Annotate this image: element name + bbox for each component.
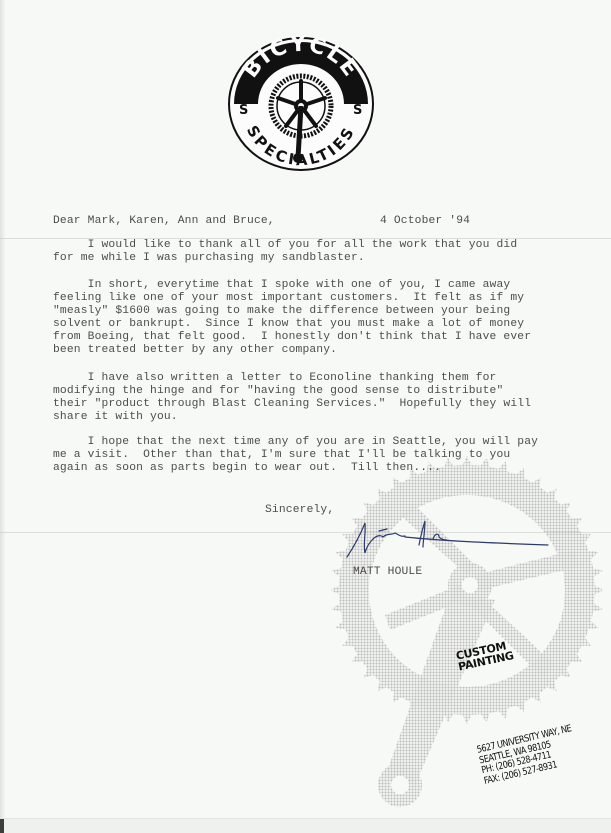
salutation: Dear Mark, Karen, Ann and Bruce,	[53, 215, 275, 228]
bicycle-specialties-logo: BICYCLE SPECIALTIES S S	[226, 36, 376, 172]
paragraph-1: I would like to thank all of you for all…	[53, 239, 517, 265]
letter-date: 4 October '94	[380, 215, 470, 228]
paragraph-3: I have also written a letter to Econolin…	[53, 372, 531, 424]
signature-icon	[343, 517, 553, 562]
svg-text:S: S	[239, 103, 248, 118]
closing: Sincerely,	[265, 504, 334, 517]
paper-left-edge	[0, 0, 6, 833]
svg-text:S: S	[353, 103, 362, 118]
signer-name: MATT HOULE	[353, 566, 422, 579]
scan-bottom-edge	[0, 818, 611, 833]
paragraph-4: I hope that the next time any of you are…	[53, 436, 538, 475]
paragraph-2: In short, everytime that I spoke with on…	[53, 279, 531, 357]
